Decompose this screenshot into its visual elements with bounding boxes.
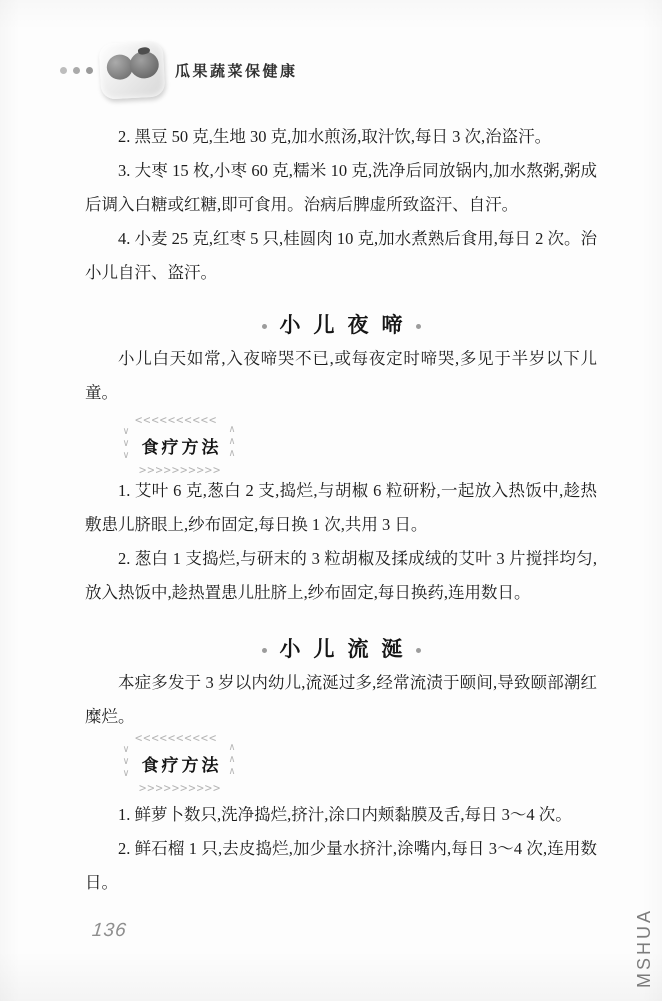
- method-label: 食疗方法: [142, 433, 222, 458]
- watermark-vertical-text: MSHUA: [634, 876, 655, 988]
- method-label-box: <<<<<<<<<< >>>>>>>>>> ∨∨∨ ∧∧∧ 食疗方法: [127, 736, 233, 790]
- chevron-border-top-icon: <<<<<<<<<<: [135, 731, 217, 745]
- remedy-list: 1. 鲜萝卜数只,洗净捣烂,挤汁,涂口内颊黏膜及舌,每日 3～4 次。 2. 鲜…: [85, 798, 597, 900]
- method-label-box: <<<<<<<<<< >>>>>>>>>> ∨∨∨ ∧∧∧ 食疗方法: [127, 418, 233, 472]
- chevron-border-bottom-icon: >>>>>>>>>>: [139, 781, 221, 795]
- remedy-list: 1. 艾叶 6 克,葱白 2 支,捣烂,与胡椒 6 粒研粉,一起放入热饭中,趁热…: [85, 474, 597, 610]
- chevron-border-left-icon: ∨∨∨: [123, 744, 129, 780]
- chevron-border-bottom-icon: >>>>>>>>>>: [139, 463, 221, 477]
- section-description: 本症多发于 3 岁以内幼儿,流涎过多,经常流渍于颐间,导致颐部潮红糜烂。: [85, 666, 597, 734]
- remedy-item: 2. 葱白 1 支捣烂,与研末的 3 粒胡椒及揉成绒的艾叶 3 片搅拌均匀,放入…: [85, 542, 597, 610]
- chevron-border-right-icon: ∧∧∧: [229, 424, 235, 460]
- section-title-text: 小儿流涎: [280, 634, 416, 666]
- heading-dot-icon: [416, 324, 421, 329]
- intro-remedy-list: 2. 黑豆 50 克,生地 30 克,加水煎汤,取汁饮,每日 3 次,治盗汗。 …: [85, 120, 597, 290]
- remedy-item: 1. 艾叶 6 克,葱白 2 支,捣烂,与胡椒 6 粒研粉,一起放入热饭中,趁热…: [85, 474, 597, 542]
- method-label: 食疗方法: [142, 751, 222, 776]
- section-description: 小儿白天如常,入夜啼哭不已,或每夜定时啼哭,多见于半岁以下儿童。: [85, 342, 597, 410]
- page-number: 136: [91, 920, 128, 942]
- heading-dot-icon: [416, 648, 421, 653]
- chevron-border-top-icon: <<<<<<<<<<: [135, 413, 217, 427]
- chevron-border-right-icon: ∧∧∧: [229, 742, 235, 778]
- remedy-item: 2. 鲜石榴 1 只,去皮捣烂,加少量水挤汁,涂嘴内,每日 3～4 次,连用数日…: [85, 832, 597, 900]
- book-page: 瓜果蔬菜保健康 2. 黑豆 50 克,生地 30 克,加水煎汤,取汁饮,每日 3…: [0, 0, 662, 1001]
- remedy-item: 3. 大枣 15 枚,小枣 60 克,糯米 10 克,洗净后同放锅内,加水熬粥,…: [85, 154, 597, 222]
- section-title-night-crying: 小儿夜啼: [85, 310, 597, 342]
- chevron-border-left-icon: ∨∨∨: [123, 426, 129, 462]
- heading-dot-icon: [262, 324, 267, 329]
- page-content: 2. 黑豆 50 克,生地 30 克,加水煎汤,取汁饮,每日 3 次,治盗汗。 …: [85, 0, 597, 900]
- section-title-drooling: 小儿流涎: [85, 634, 597, 666]
- remedy-item: 1. 鲜萝卜数只,洗净捣烂,挤汁,涂口内颊黏膜及舌,每日 3～4 次。: [85, 798, 597, 832]
- section-title-text: 小儿夜啼: [280, 310, 416, 342]
- remedy-item: 4. 小麦 25 克,红枣 5 只,桂圆肉 10 克,加水煮熟后食用,每日 2 …: [85, 222, 597, 290]
- heading-dot-icon: [262, 648, 267, 653]
- remedy-item: 2. 黑豆 50 克,生地 30 克,加水煎汤,取汁饮,每日 3 次,治盗汗。: [85, 120, 597, 154]
